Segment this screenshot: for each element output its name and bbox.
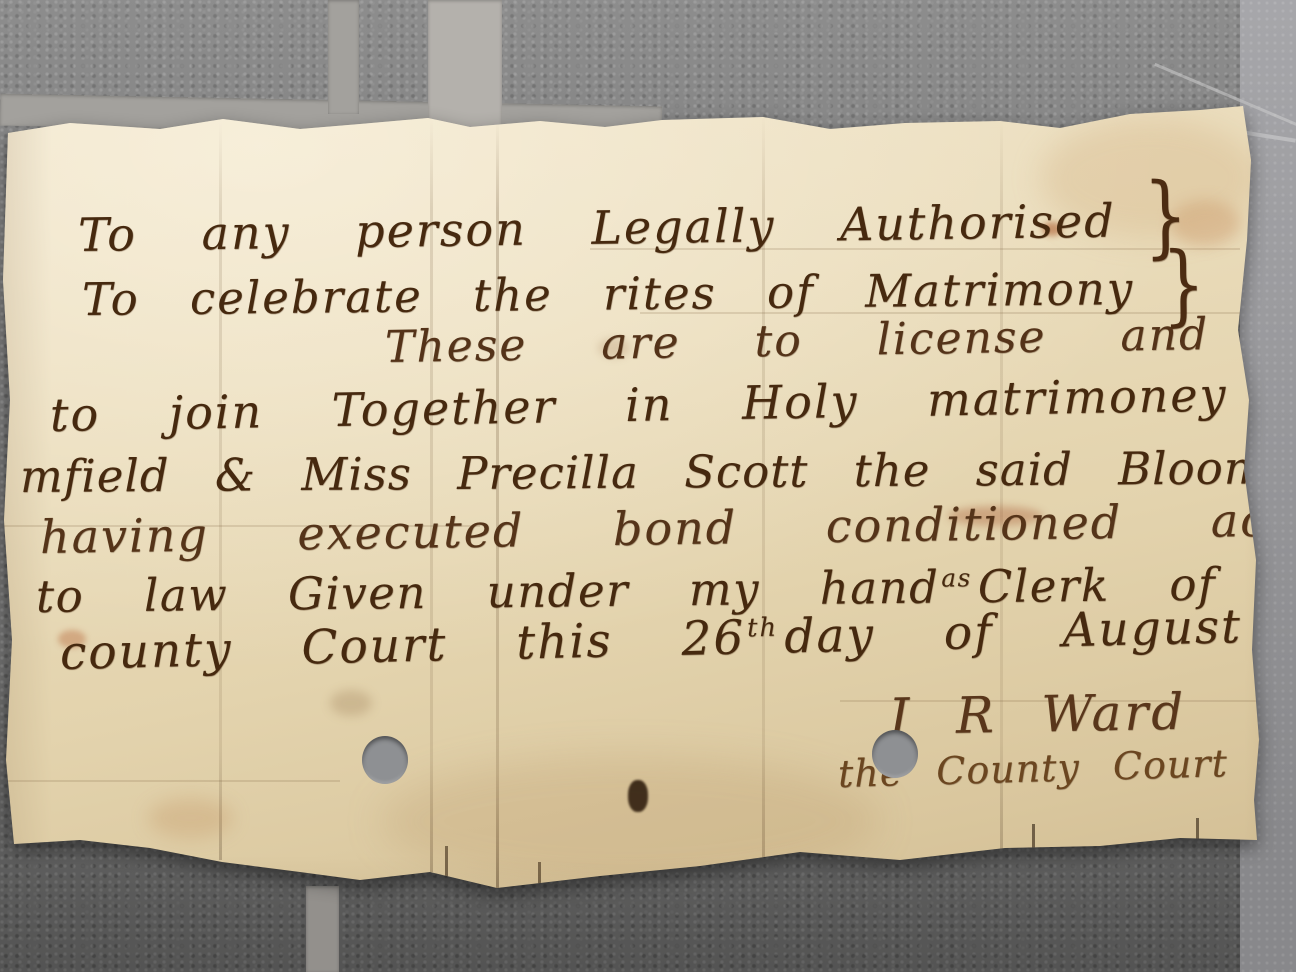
aging-stain bbox=[330, 690, 372, 716]
document-photo: To any person Legally Authorised} To cel… bbox=[0, 0, 1296, 972]
line-text: mfield & Miss Precilla Scott the said Bl… bbox=[20, 441, 1296, 503]
edge-crease-mark bbox=[1196, 818, 1199, 842]
handwritten-line-4: to join Together in Holy matrimoney Geor bbox=[50, 364, 1296, 442]
superscript-ordinal: th bbox=[747, 613, 779, 644]
edge-crease-mark bbox=[1032, 824, 1035, 850]
line-text: having executed bond conditioned accordi bbox=[40, 491, 1296, 564]
handwritten-line-5: mfield & Miss Precilla Scott the said Bl… bbox=[20, 441, 1296, 503]
horizontal-crease bbox=[0, 780, 340, 782]
superscript-insertion: as bbox=[941, 563, 972, 592]
handwritten-line-6: having executed bond conditioned accordi bbox=[40, 491, 1296, 564]
signature-line: J R Ward bbox=[887, 683, 1186, 746]
line-text: to join Together in Holy matrimoney Geor bbox=[50, 364, 1296, 442]
aging-stain bbox=[380, 756, 880, 886]
line-text: day of August 1 bbox=[784, 597, 1296, 665]
punch-hole-left bbox=[362, 736, 408, 784]
aging-stain bbox=[148, 798, 233, 838]
punch-hole-right bbox=[872, 730, 918, 778]
paper-sheet: To any person Legally Authorised} To cel… bbox=[0, 0, 1296, 972]
line-text: J R Ward bbox=[887, 683, 1186, 746]
